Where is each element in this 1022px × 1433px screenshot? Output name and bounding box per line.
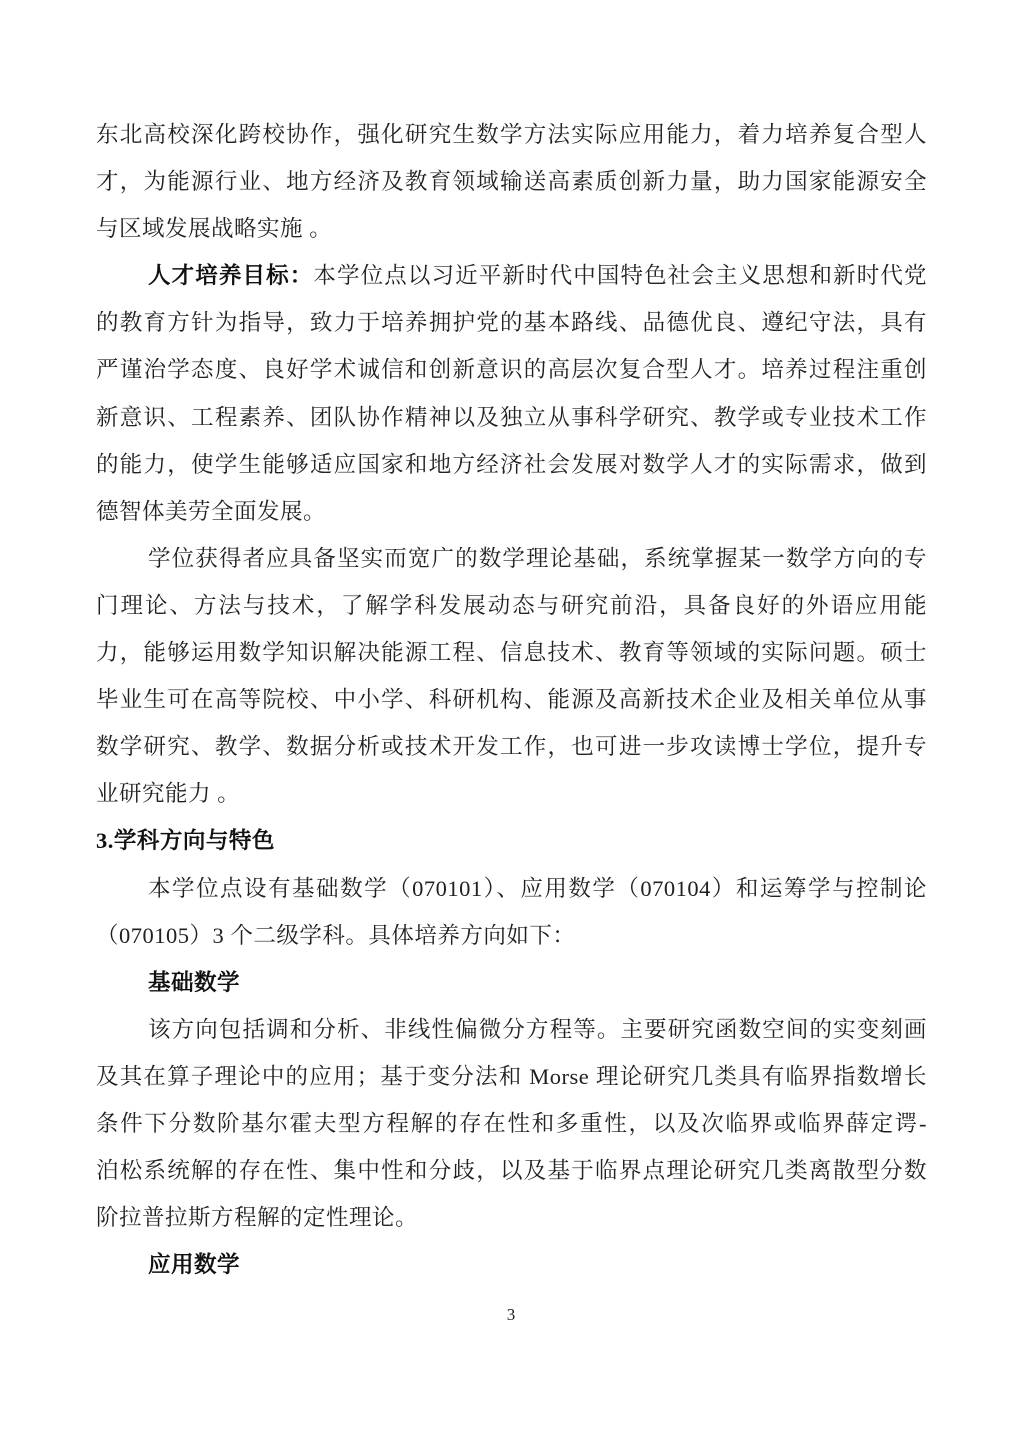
para-secondary-disciplines-line-2: （070105）3 个二级学科。具体培养方向如下： <box>96 912 927 959</box>
para-degree-holder-requirements-line-6: 业研究能力 。 <box>96 770 927 817</box>
document-page: 东北高校深化跨校协作，强化研究生数学方法实际应用能力，着力培养复合型人才，为能源… <box>0 0 1022 1433</box>
para-degree-holder-requirements-line-1: 学位获得者应具备坚实而宽广的数学理论基础，系统掌握某一数学方向的专 <box>96 535 927 582</box>
heading-discipline-directions-line-1: 3.学科方向与特色 <box>96 817 927 864</box>
para-training-objectives-line-3: 严谨治学态度、良好学术诚信和创新意识的高层次复合型人才。培养过程注重创 <box>96 346 927 393</box>
para-fundamental-mathematics-line-5: 阶拉普拉斯方程解的定性理论。 <box>96 1194 927 1241</box>
para-training-objectives-line-4: 新意识、工程素养、团队协作精神以及独立从事科学研究、教学或专业技术工作 <box>96 394 927 441</box>
para-training-objectives-line-2: 的教育方针为指导，致力于培养拥护党的基本路线、品德优良、遵纪守法，具有 <box>96 299 927 346</box>
para-fundamental-mathematics-line-3: 条件下分数阶基尔霍夫型方程解的存在性和多重性，以及次临界或临界薛定谔- <box>96 1100 927 1147</box>
para-intro-continuation-line-1: 东北高校深化跨校协作，强化研究生数学方法实际应用能力，着力培养复合型人 <box>96 111 927 158</box>
para-degree-holder-requirements-line-4: 毕业生可在高等院校、中小学、科研机构、能源及高新技术企业及相关单位从事 <box>96 676 927 723</box>
para-training-objectives-line-5: 的能力，使学生能够适应国家和地方经济社会发展对数学人才的实际需求，做到 <box>96 441 927 488</box>
para-intro-continuation-line-3: 与区域发展战略实施 。 <box>96 205 927 252</box>
para-degree-holder-requirements-line-2: 门理论、方法与技术，了解学科发展动态与研究前沿，具备良好的外语应用能 <box>96 582 927 629</box>
para-degree-holder-requirements-line-3: 力，能够运用数学知识解决能源工程、信息技术、教育等领域的实际问题。硕士 <box>96 629 927 676</box>
para-fundamental-mathematics-line-4: 泊松系统解的存在性、集中性和分歧，以及基于临界点理论研究几类离散型分数 <box>96 1147 927 1194</box>
heading-fundamental-mathematics-line-1: 基础数学 <box>96 959 927 1006</box>
para-degree-holder-requirements-line-5: 数学研究、教学、数据分析或技术开发工作，也可进一步攻读博士学位，提升专 <box>96 723 927 770</box>
para-fundamental-mathematics-line-1: 该方向包括调和分析、非线性偏微分方程等。主要研究函数空间的实变刻画 <box>96 1006 927 1053</box>
para-fundamental-mathematics-line-2: 及其在算子理论中的应用；基于变分法和 Morse 理论研究几类具有临界指数增长 <box>96 1053 927 1100</box>
page-number: 3 <box>0 1300 1022 1330</box>
document-content: 东北高校深化跨校协作，强化研究生数学方法实际应用能力，着力培养复合型人才，为能源… <box>96 111 927 1288</box>
heading-applied-mathematics-line-1: 应用数学 <box>96 1241 927 1288</box>
para-training-objectives-line-1: 人才培养目标：本学位点以习近平新时代中国特色社会主义思想和新时代党 <box>96 252 927 299</box>
para-training-objectives-line-6: 德智体美劳全面发展。 <box>96 488 927 535</box>
para-intro-continuation-line-2: 才，为能源行业、地方经济及教育领域输送高素质创新力量，助力国家能源安全 <box>96 158 927 205</box>
para-secondary-disciplines-line-1: 本学位点设有基础数学（070101）、应用数学（070104）和运筹学与控制论 <box>96 865 927 912</box>
